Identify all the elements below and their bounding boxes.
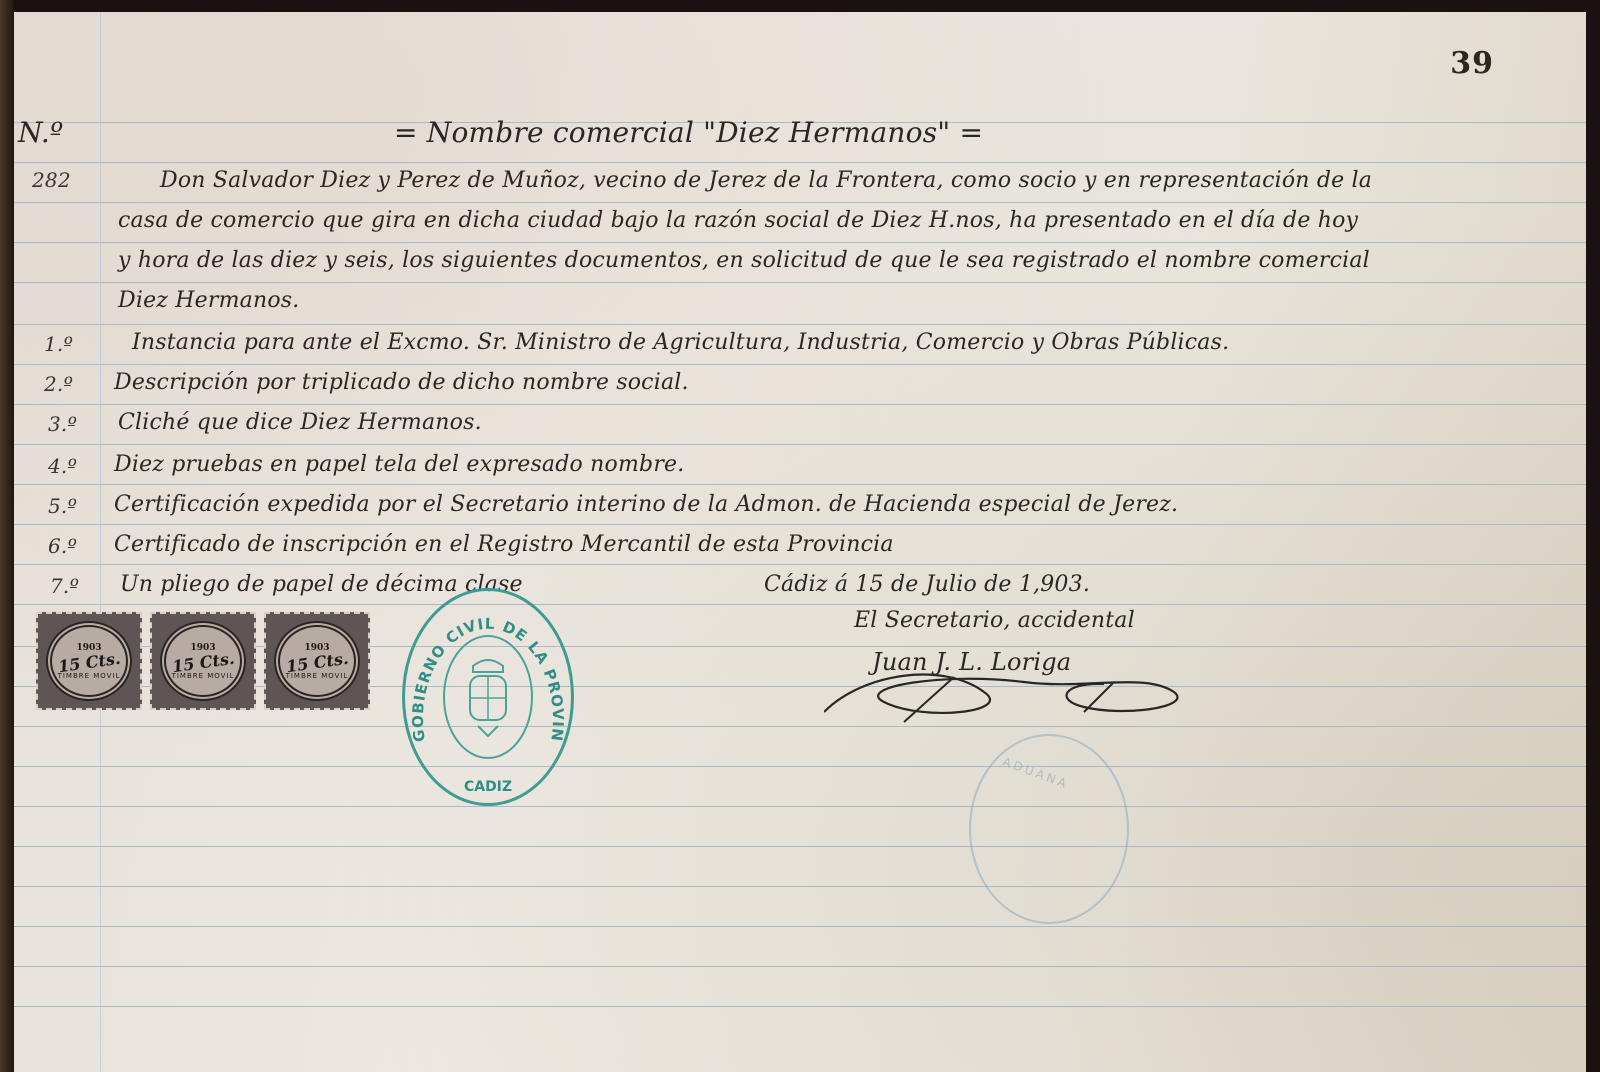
entry-number-label: N.º: [18, 116, 63, 149]
body-line: Diez Hermanos.: [118, 288, 299, 313]
coat-of-arms-icon: [443, 635, 533, 759]
document-ordinal: 5.º: [48, 494, 77, 518]
ruled-line: [14, 726, 1586, 727]
seal-city: CADIZ: [464, 779, 512, 795]
book-binding-edge: [0, 0, 14, 1072]
entry-title: = Nombre comercial "Diez Hermanos" =: [394, 116, 983, 149]
document-text: Instancia para ante el Excmo. Sr. Minist…: [132, 330, 1229, 355]
body-line: casa de comercio que gira en dicha ciuda…: [118, 208, 1358, 233]
body-line: y hora de las diez y seis, los siguiente…: [118, 248, 1370, 273]
document-text: Certificación expedida por el Secretario…: [114, 492, 1178, 517]
fiscal-stamps-strip: 1903 15 Cts. TIMBRE MOVIL 1903 15 Cts. T…: [36, 612, 370, 710]
margin-line: [100, 12, 101, 1072]
document-text: Cliché que dice Diez Hermanos.: [118, 410, 482, 435]
fiscal-stamp: 1903 15 Cts. TIMBRE MOVIL: [264, 612, 370, 710]
document-ordinal: 6.º: [48, 534, 77, 558]
document-ordinal: 1.º: [44, 332, 73, 356]
document-ordinal: 7.º: [50, 574, 79, 598]
faint-seal-text: ADUANA: [1001, 755, 1071, 792]
document-ordinal: 3.º: [48, 412, 77, 436]
ruled-line: [14, 604, 1586, 605]
ruled-line: [14, 806, 1586, 807]
ruled-line: [14, 324, 1586, 325]
ruled-line: [14, 444, 1586, 445]
ruled-line: [14, 846, 1586, 847]
document-ordinal: 2.º: [44, 372, 73, 396]
fiscal-stamp: 1903 15 Cts. TIMBRE MOVIL: [36, 612, 142, 710]
page-number: 39: [1450, 46, 1494, 81]
faint-seal: ADUANA: [969, 734, 1129, 924]
ruled-line: [14, 926, 1586, 927]
ruled-line: [14, 282, 1586, 283]
ledger-page: 39 N.º 282 = Nombre comercial "Diez Herm…: [14, 12, 1586, 1072]
document-text: Diez pruebas en papel tela del expresado…: [114, 452, 684, 477]
signature-flourish-icon: [824, 652, 1204, 732]
ruled-line: [14, 1006, 1586, 1007]
ruled-line: [14, 162, 1586, 163]
ruled-line: [14, 364, 1586, 365]
ruled-line: [14, 242, 1586, 243]
ruled-line: [14, 524, 1586, 525]
ruled-line: [14, 564, 1586, 565]
ruled-line: [14, 202, 1586, 203]
ruled-line: [14, 766, 1586, 767]
place-date: Cádiz á 15 de Julio de 1,903.: [764, 572, 1090, 597]
ruled-line: [14, 966, 1586, 967]
signatory-title: El Secretario, accidental: [854, 608, 1135, 633]
official-seal: GOBIERNO CIVIL DE LA PROVINCIA CADIZ: [402, 588, 574, 806]
ruled-line: [14, 484, 1586, 485]
ruled-line: [14, 404, 1586, 405]
document-text: Certificado de inscripción en el Registr…: [114, 532, 894, 557]
fiscal-stamp: 1903 15 Cts. TIMBRE MOVIL: [150, 612, 256, 710]
document-text: Descripción por triplicado de dicho nomb…: [114, 370, 689, 395]
document-ordinal: 4.º: [48, 454, 77, 478]
body-line: Don Salvador Diez y Perez de Muñoz, veci…: [160, 168, 1372, 193]
ruled-line: [14, 886, 1586, 887]
entry-number: 282: [32, 168, 71, 192]
